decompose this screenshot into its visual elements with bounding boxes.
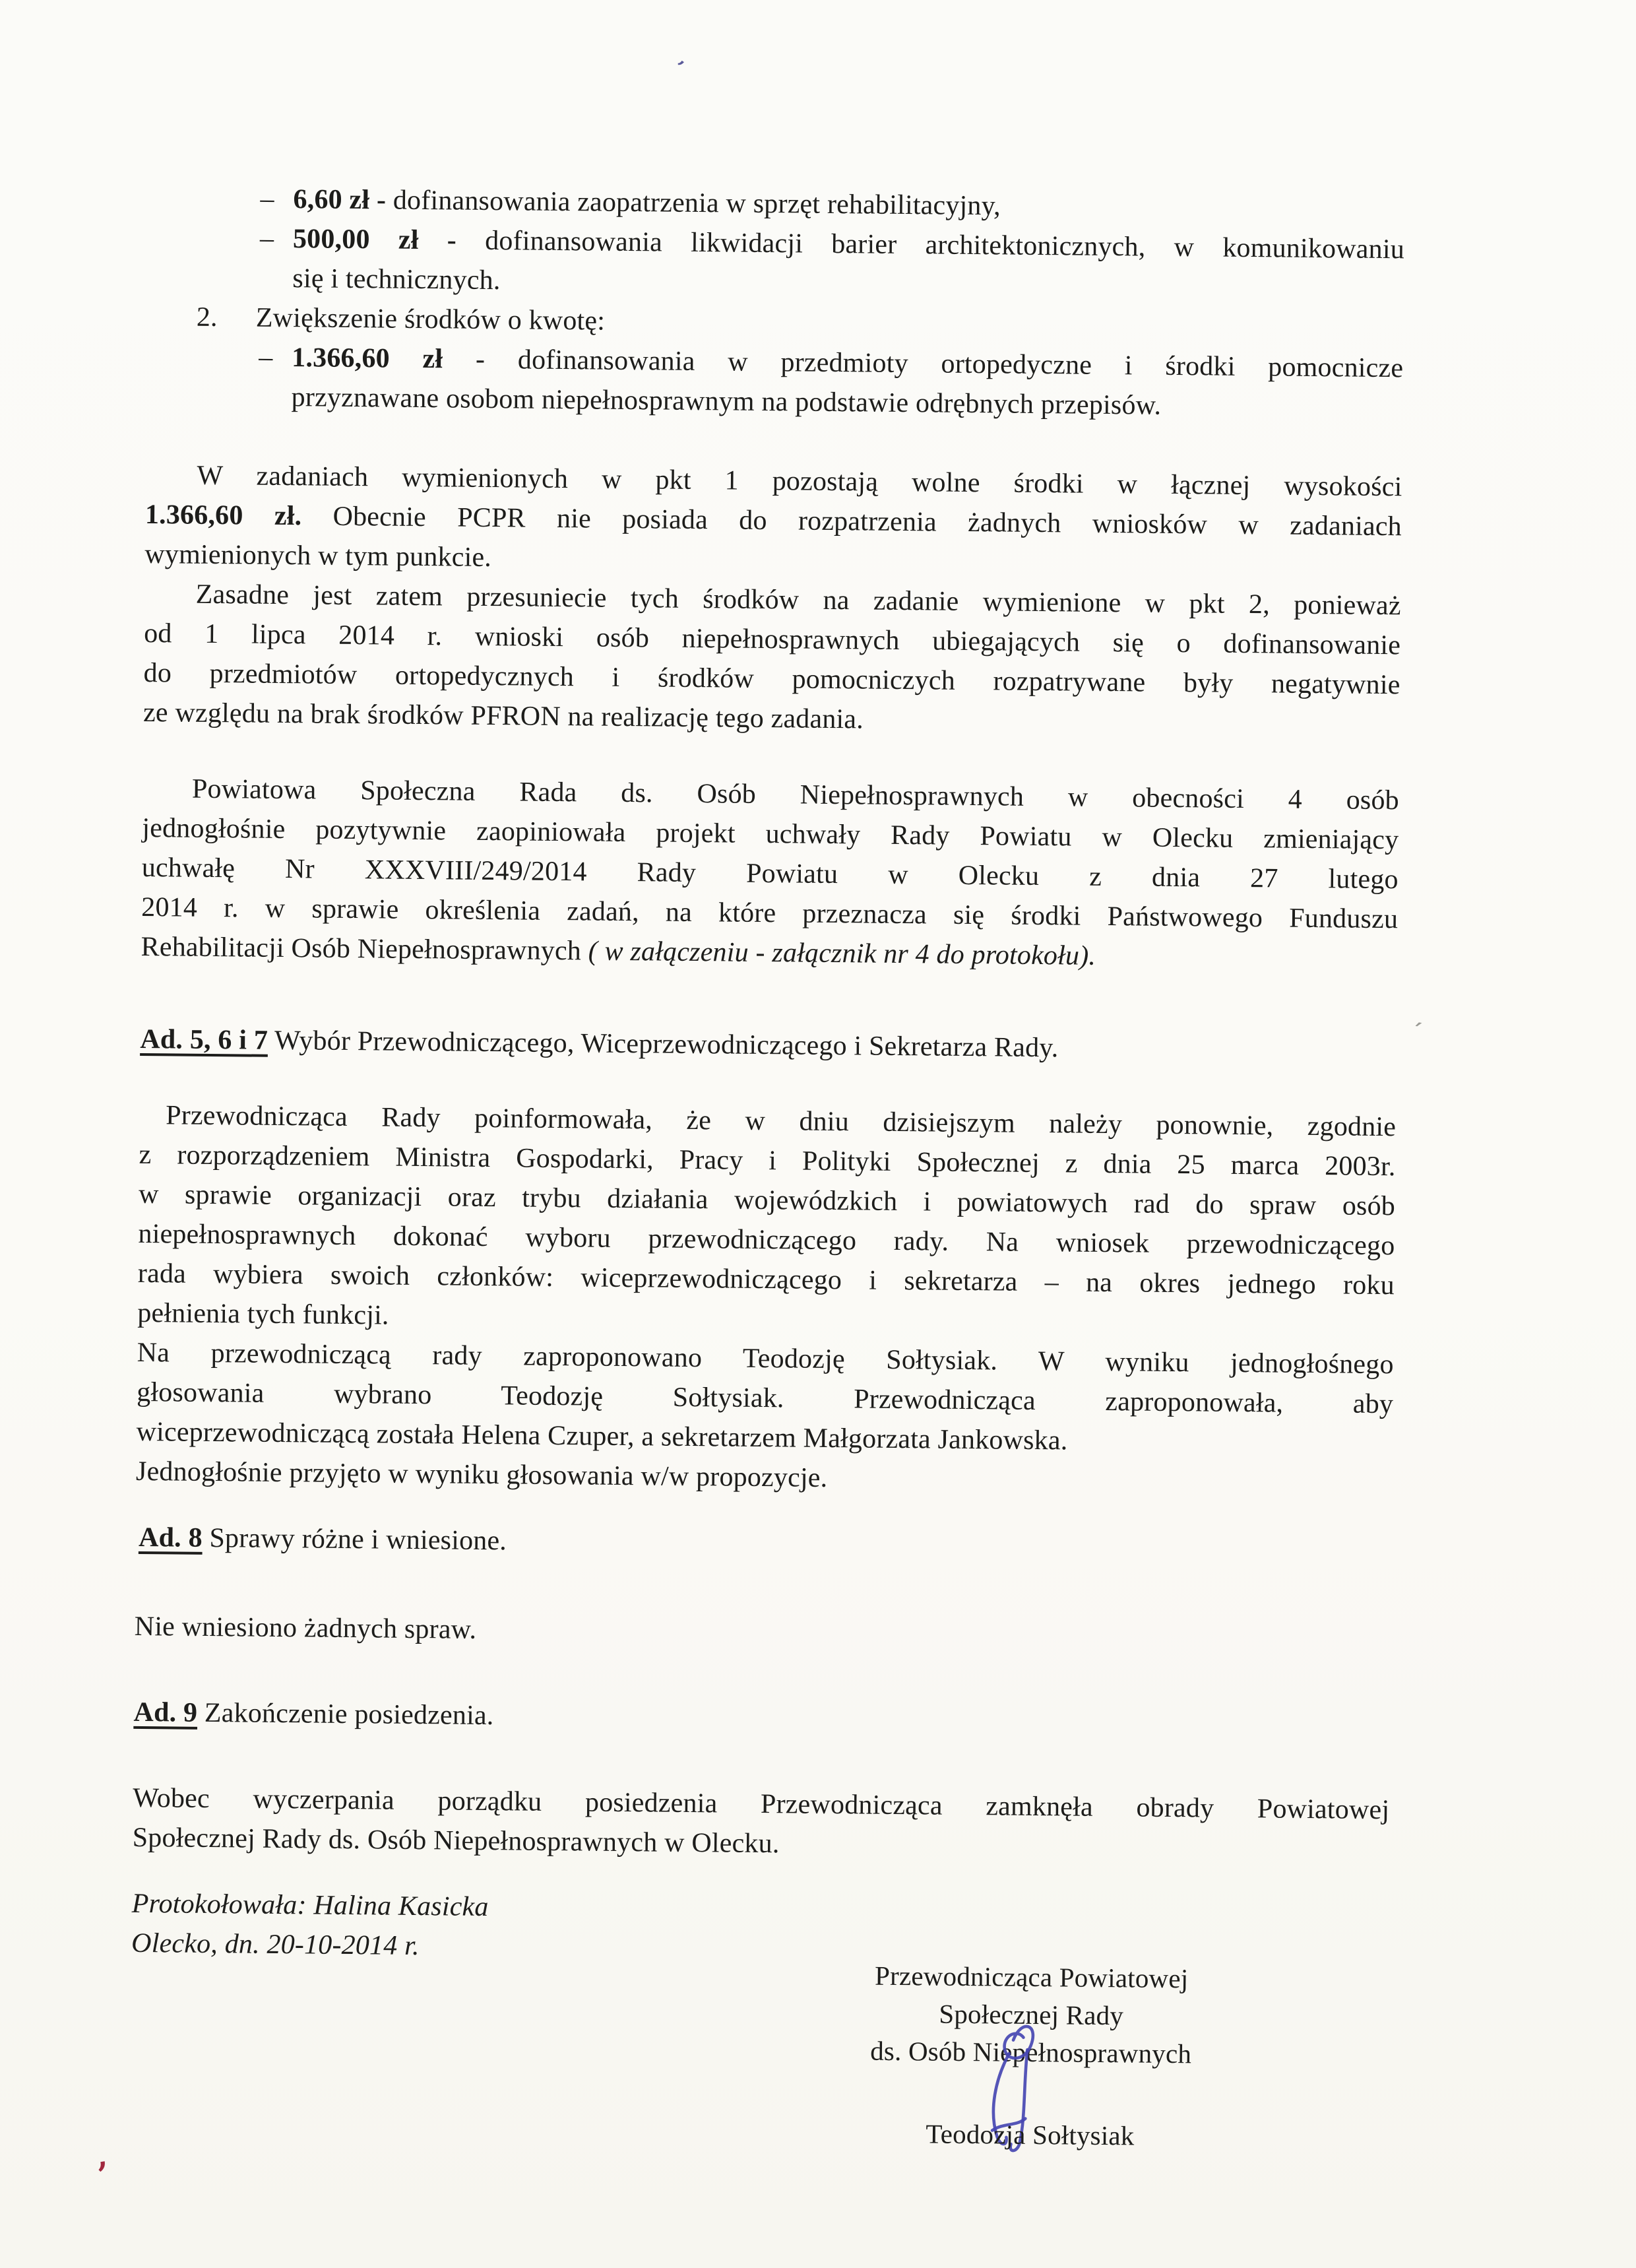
document-flow: –6,60 zł - dofinansowania zaopatrzenia w… xyxy=(131,178,1405,1975)
stray-comma-red-bottom-left: , xyxy=(94,2140,109,2172)
document-content: –6,60 zł - dofinansowania zaopatrzenia w… xyxy=(131,168,1405,1975)
text-segment: dofinansowania zaopatrzenia w sprzęt reh… xyxy=(386,185,1001,221)
text-segment: Wobec wyczerpania porządku posiedzenia P… xyxy=(133,1783,1389,1825)
text-segment: Nie wniesiono żadnych spraw. xyxy=(135,1611,477,1645)
signature-block: Przewodnicząca Powiatowej Społecznej Rad… xyxy=(858,1957,1203,2155)
list-marker: 2. xyxy=(197,298,218,337)
text-segment: Rehabilitacji Osób Niepełnosprawnych xyxy=(141,932,588,967)
para4-l1: Nie wniesiono żadnych spraw. xyxy=(134,1607,1391,1658)
text-segment: dofinansowania likwidacji barier archite… xyxy=(456,225,1404,265)
heading-ad567: Ad. 5, 6 i 7 Wybór Przewodniczącego, Wic… xyxy=(140,1020,1397,1071)
text-segment: Na przewodniczącą rady zaproponowano Teo… xyxy=(137,1338,1394,1380)
text-segment: 2014 r. w sprawie określenia zadań, na k… xyxy=(141,892,1398,934)
stray-tick-right-margin: ˊ xyxy=(1408,1021,1424,1045)
text-segment: Olecko, dn. 20-10-2014 r. xyxy=(131,1928,420,1961)
text-segment: Ad. 8 xyxy=(139,1522,203,1553)
text-segment: 1.366,60 zł. xyxy=(145,500,302,531)
text-segment: uchwałę Nr XXXVIII/249/2014 Rady Powiatu… xyxy=(142,853,1399,895)
text-segment: 6,60 zł - xyxy=(293,184,386,215)
text-segment: Ad. 5, 6 i 7 xyxy=(140,1024,268,1056)
text-segment: pełnienia tych funkcji. xyxy=(137,1298,389,1331)
text-segment: - dofinansowania w przedmioty ortopedycz… xyxy=(443,344,1403,383)
text-segment: jednogłośnie pozytywnie zaopiniowała pro… xyxy=(142,813,1399,855)
text-segment: Zwiększenie środków o kwotę: xyxy=(256,303,606,337)
text-segment: wiceprzewodniczącą została Helena Czuper… xyxy=(136,1417,1067,1456)
text-segment: ( w załączeniu - załącznik nr 4 do proto… xyxy=(588,936,1096,971)
text-segment: niepełnosprawnych dokonać wyboru przewod… xyxy=(138,1219,1395,1261)
text-segment: Powiatowa Społeczna Rada ds. Osób Niepeł… xyxy=(192,774,1399,816)
signature-title-line-1: Przewodnicząca Powiatowej xyxy=(860,1957,1203,1997)
scanned-page: –6,60 zł - dofinansowania zaopatrzenia w… xyxy=(0,0,1636,2268)
text-segment: 1.366,60 zł xyxy=(292,342,443,374)
list-marker: – xyxy=(260,219,274,259)
text-segment: Społecznej Rady ds. Osób Niepełnosprawny… xyxy=(132,1823,779,1859)
stray-ink-dot-top: ’ xyxy=(669,58,686,79)
text-segment: w sprawie organizacji oraz trybu działan… xyxy=(139,1179,1395,1221)
text-segment: Obecnie PCPR nie posiada do rozpatrzenia… xyxy=(301,501,1402,542)
list-marker: – xyxy=(260,179,274,219)
text-segment: Protokołowała: Halina Kasicka xyxy=(132,1889,489,1922)
text-segment: przyznawane osobom niepełnosprawnym na p… xyxy=(291,382,1161,421)
list-marker: – xyxy=(259,338,273,377)
text-segment: ze względu na brak środków PFRON na real… xyxy=(143,697,864,734)
text-segment: Jednogłośnie przyjęto w wyniku głosowani… xyxy=(136,1456,828,1493)
text-segment: głosowania wybrano Teodozję Sołtysiak. P… xyxy=(137,1377,1393,1419)
text-segment: wymienionych w tym punkcie. xyxy=(144,539,491,573)
text-segment: z rozporządzeniem Ministra Gospodarki, P… xyxy=(139,1140,1395,1182)
text-segment: Zasadne jest zatem przesuniecie tych śro… xyxy=(196,579,1401,622)
text-segment: rada wybiera swoich członków: wiceprzewo… xyxy=(138,1258,1395,1301)
heading-ad8: Ad. 8 Sprawy różne i wniesione. xyxy=(135,1518,1392,1569)
text-segment: do przedmiotów ortopedycznych i środków … xyxy=(143,658,1400,700)
text-segment: Sprawy różne i wniesione. xyxy=(203,1523,507,1556)
text-segment: się i technicznych. xyxy=(292,263,501,296)
text-segment: Wybór Przewodniczącego, Wiceprzewodniczą… xyxy=(268,1025,1059,1064)
text-segment: W zadaniach wymienionych w pkt 1 pozosta… xyxy=(197,461,1402,503)
text-segment: od 1 lipca 2014 r. wnioski osób niepełno… xyxy=(144,618,1400,661)
heading-ad9: Ad. 9 Zakończenie posiedzenia. xyxy=(133,1693,1390,1744)
text-segment: Przewodnicząca Rady poinformowała, że w … xyxy=(166,1100,1396,1142)
text-segment: Ad. 9 xyxy=(133,1697,197,1728)
text-segment: Zakończenie posiedzenia. xyxy=(197,1698,494,1731)
signature-name: Teodozja Sołtysiak xyxy=(858,2114,1202,2155)
text-segment: 500,00 zł - xyxy=(293,224,456,255)
